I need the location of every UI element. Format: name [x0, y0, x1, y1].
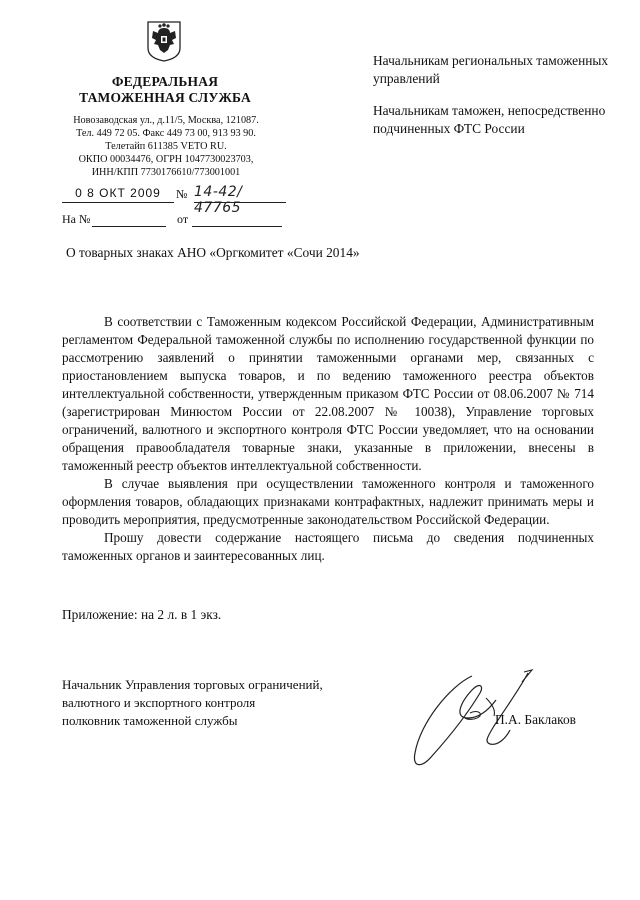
recipients-block: Начальникам региональных таможенных упра…	[373, 52, 623, 152]
org-teletype: Телетайп 611385 VETO RU.	[60, 140, 272, 153]
body-paragraph: В случае выявления при осуществлении там…	[62, 475, 594, 529]
org-name-line2: ТАМОЖЕННАЯ СЛУЖБА	[60, 90, 270, 106]
reply-to-date-field	[192, 226, 282, 227]
signer-title-line2: валютного и экспортного контроля	[62, 694, 382, 712]
org-inn-kpp: ИНН/КПП 7730176610/773001001	[60, 166, 272, 179]
organization-name: ФЕДЕРАЛЬНАЯ ТАМОЖЕННАЯ СЛУЖБА	[60, 74, 270, 106]
letter-subject: О товарных знаках АНО «Оргкомитет «Сочи …	[66, 244, 366, 262]
signer-position: Начальник Управления торговых ограничени…	[62, 676, 382, 730]
recipient-customs-offices: Начальникам таможен, непосредственно под…	[373, 102, 623, 138]
signer-title-line1: Начальник Управления торговых ограничени…	[62, 676, 382, 694]
registration-number-label: №	[176, 187, 187, 202]
registration-number-handwritten: 14-42/ 47765	[194, 184, 286, 203]
signer-name: П.А. Баклаков	[495, 712, 576, 728]
org-phone-fax: Тел. 449 72 05. Факс 449 73 00, 913 93 9…	[60, 127, 272, 140]
reply-to-number-label: На №	[62, 212, 90, 227]
registration-date-stamp: 0 8 ОКТ 2009	[62, 186, 174, 203]
reply-to-date-label: от	[177, 212, 188, 227]
signer-title-line3: полковник таможенной службы	[62, 712, 382, 730]
org-name-line1: ФЕДЕРАЛЬНАЯ	[60, 74, 270, 90]
body-paragraph: В соответствии с Таможенным кодексом Рос…	[62, 313, 594, 475]
reply-to-number-field	[92, 226, 166, 227]
recipient-regional-offices: Начальникам региональных таможенных упра…	[373, 52, 623, 88]
org-okpo-ogrn: ОКПО 00034476, ОГРН 1047730023703,	[60, 153, 272, 166]
body-paragraph: Прошу довести содержание настоящего пись…	[62, 529, 594, 565]
organization-details: Новозаводская ул., д.11/5, Москва, 12108…	[60, 114, 272, 179]
letter-body: В соответствии с Таможенным кодексом Рос…	[62, 313, 594, 565]
org-address: Новозаводская ул., д.11/5, Москва, 12108…	[60, 114, 272, 127]
attachment-note: Приложение: на 2 л. в 1 экз.	[62, 607, 221, 623]
coat-of-arms-icon	[146, 20, 182, 63]
